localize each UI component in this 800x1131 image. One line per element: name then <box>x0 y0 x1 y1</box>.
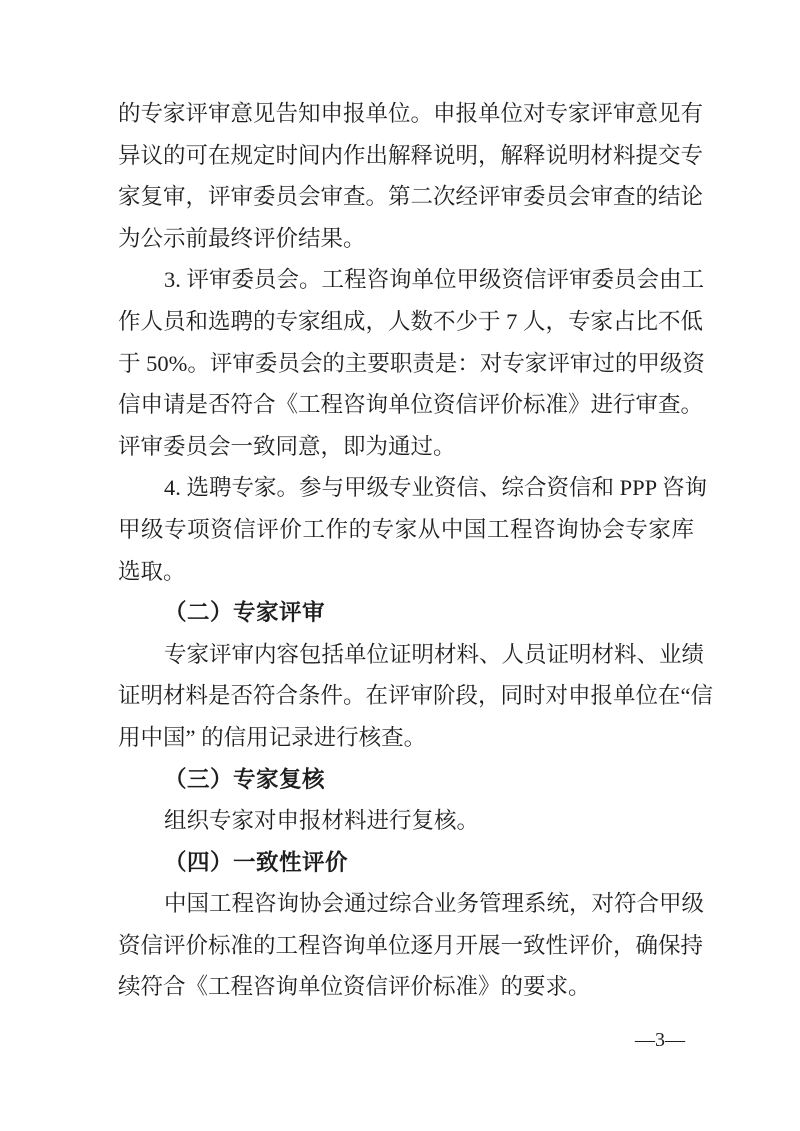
text-line: 用中国” 的信用记录进行核查。 <box>118 717 694 759</box>
body-paragraph: 3. 评审委员会。工程咨询单位甲级资信评审委员会由工作人员和选聘的专家组成，人数… <box>118 259 694 467</box>
text-line: 的专家评审意见告知申报单位。申报单位对专家评审意见有 <box>118 93 694 135</box>
section-heading: （四）一致性评价 <box>118 842 694 884</box>
text-line: 评审委员会一致同意，即为通过。 <box>118 426 694 468</box>
body-paragraph: 组织专家对申报材料进行复核。 <box>118 800 694 842</box>
body-paragraph: 专家评审内容包括单位证明材料、人员证明材料、业绩证明材料是否符合条件。在评审阶段… <box>118 634 694 759</box>
page-number: —3— <box>635 1029 685 1052</box>
text-line: 组织专家对申报材料进行复核。 <box>118 800 694 842</box>
heading-text: （三）专家复核 <box>118 759 694 801</box>
text-line: 选取。 <box>118 551 694 593</box>
text-line: 中国工程咨询协会通过综合业务管理系统，对符合甲级 <box>118 883 694 925</box>
body-paragraph: 4. 选聘专家。参与甲级专业资信、综合资信和 PPP 咨询甲级专项资信评价工作的… <box>118 467 694 592</box>
text-line: 专家评审内容包括单位证明材料、人员证明材料、业绩 <box>118 634 694 676</box>
document-body: 的专家评审意见告知申报单位。申报单位对专家评审意见有异议的可在规定时间内作出解释… <box>118 93 694 1008</box>
text-line: 信申请是否符合《工程咨询单位资信评价标准》进行审查。 <box>118 384 694 426</box>
text-line: 3. 评审委员会。工程咨询单位甲级资信评审委员会由工 <box>118 259 694 301</box>
text-line: 甲级专项资信评价工作的专家从中国工程咨询协会专家库 <box>118 509 694 551</box>
text-line: 于 50%。评审委员会的主要职责是：对专家评审过的甲级资 <box>118 343 694 385</box>
body-paragraph: 中国工程咨询协会通过综合业务管理系统，对符合甲级资信评价标准的工程咨询单位逐月开… <box>118 883 694 1008</box>
body-paragraph: 的专家评审意见告知申报单位。申报单位对专家评审意见有异议的可在规定时间内作出解释… <box>118 93 694 259</box>
text-line: 4. 选聘专家。参与甲级专业资信、综合资信和 PPP 咨询 <box>118 467 694 509</box>
heading-text: （二）专家评审 <box>118 592 694 634</box>
text-line: 为公示前最终评价结果。 <box>118 218 694 260</box>
document-page: 的专家评审意见告知申报单位。申报单位对专家评审意见有异议的可在规定时间内作出解释… <box>0 0 800 1131</box>
text-line: 续符合《工程咨询单位资信评价标准》的要求。 <box>118 966 694 1008</box>
section-heading: （二）专家评审 <box>118 592 694 634</box>
section-heading: （三）专家复核 <box>118 759 694 801</box>
text-line: 证明材料是否符合条件。在评审阶段，同时对申报单位在“信 <box>118 675 694 717</box>
heading-text: （四）一致性评价 <box>118 842 694 884</box>
text-line: 异议的可在规定时间内作出解释说明，解释说明材料提交专 <box>118 135 694 177</box>
text-line: 家复审，评审委员会审查。第二次经评审委员会审查的结论 <box>118 176 694 218</box>
text-line: 作人员和选聘的专家组成，人数不少于 7 人，专家占比不低 <box>118 301 694 343</box>
text-line: 资信评价标准的工程咨询单位逐月开展一致性评价，确保持 <box>118 925 694 967</box>
